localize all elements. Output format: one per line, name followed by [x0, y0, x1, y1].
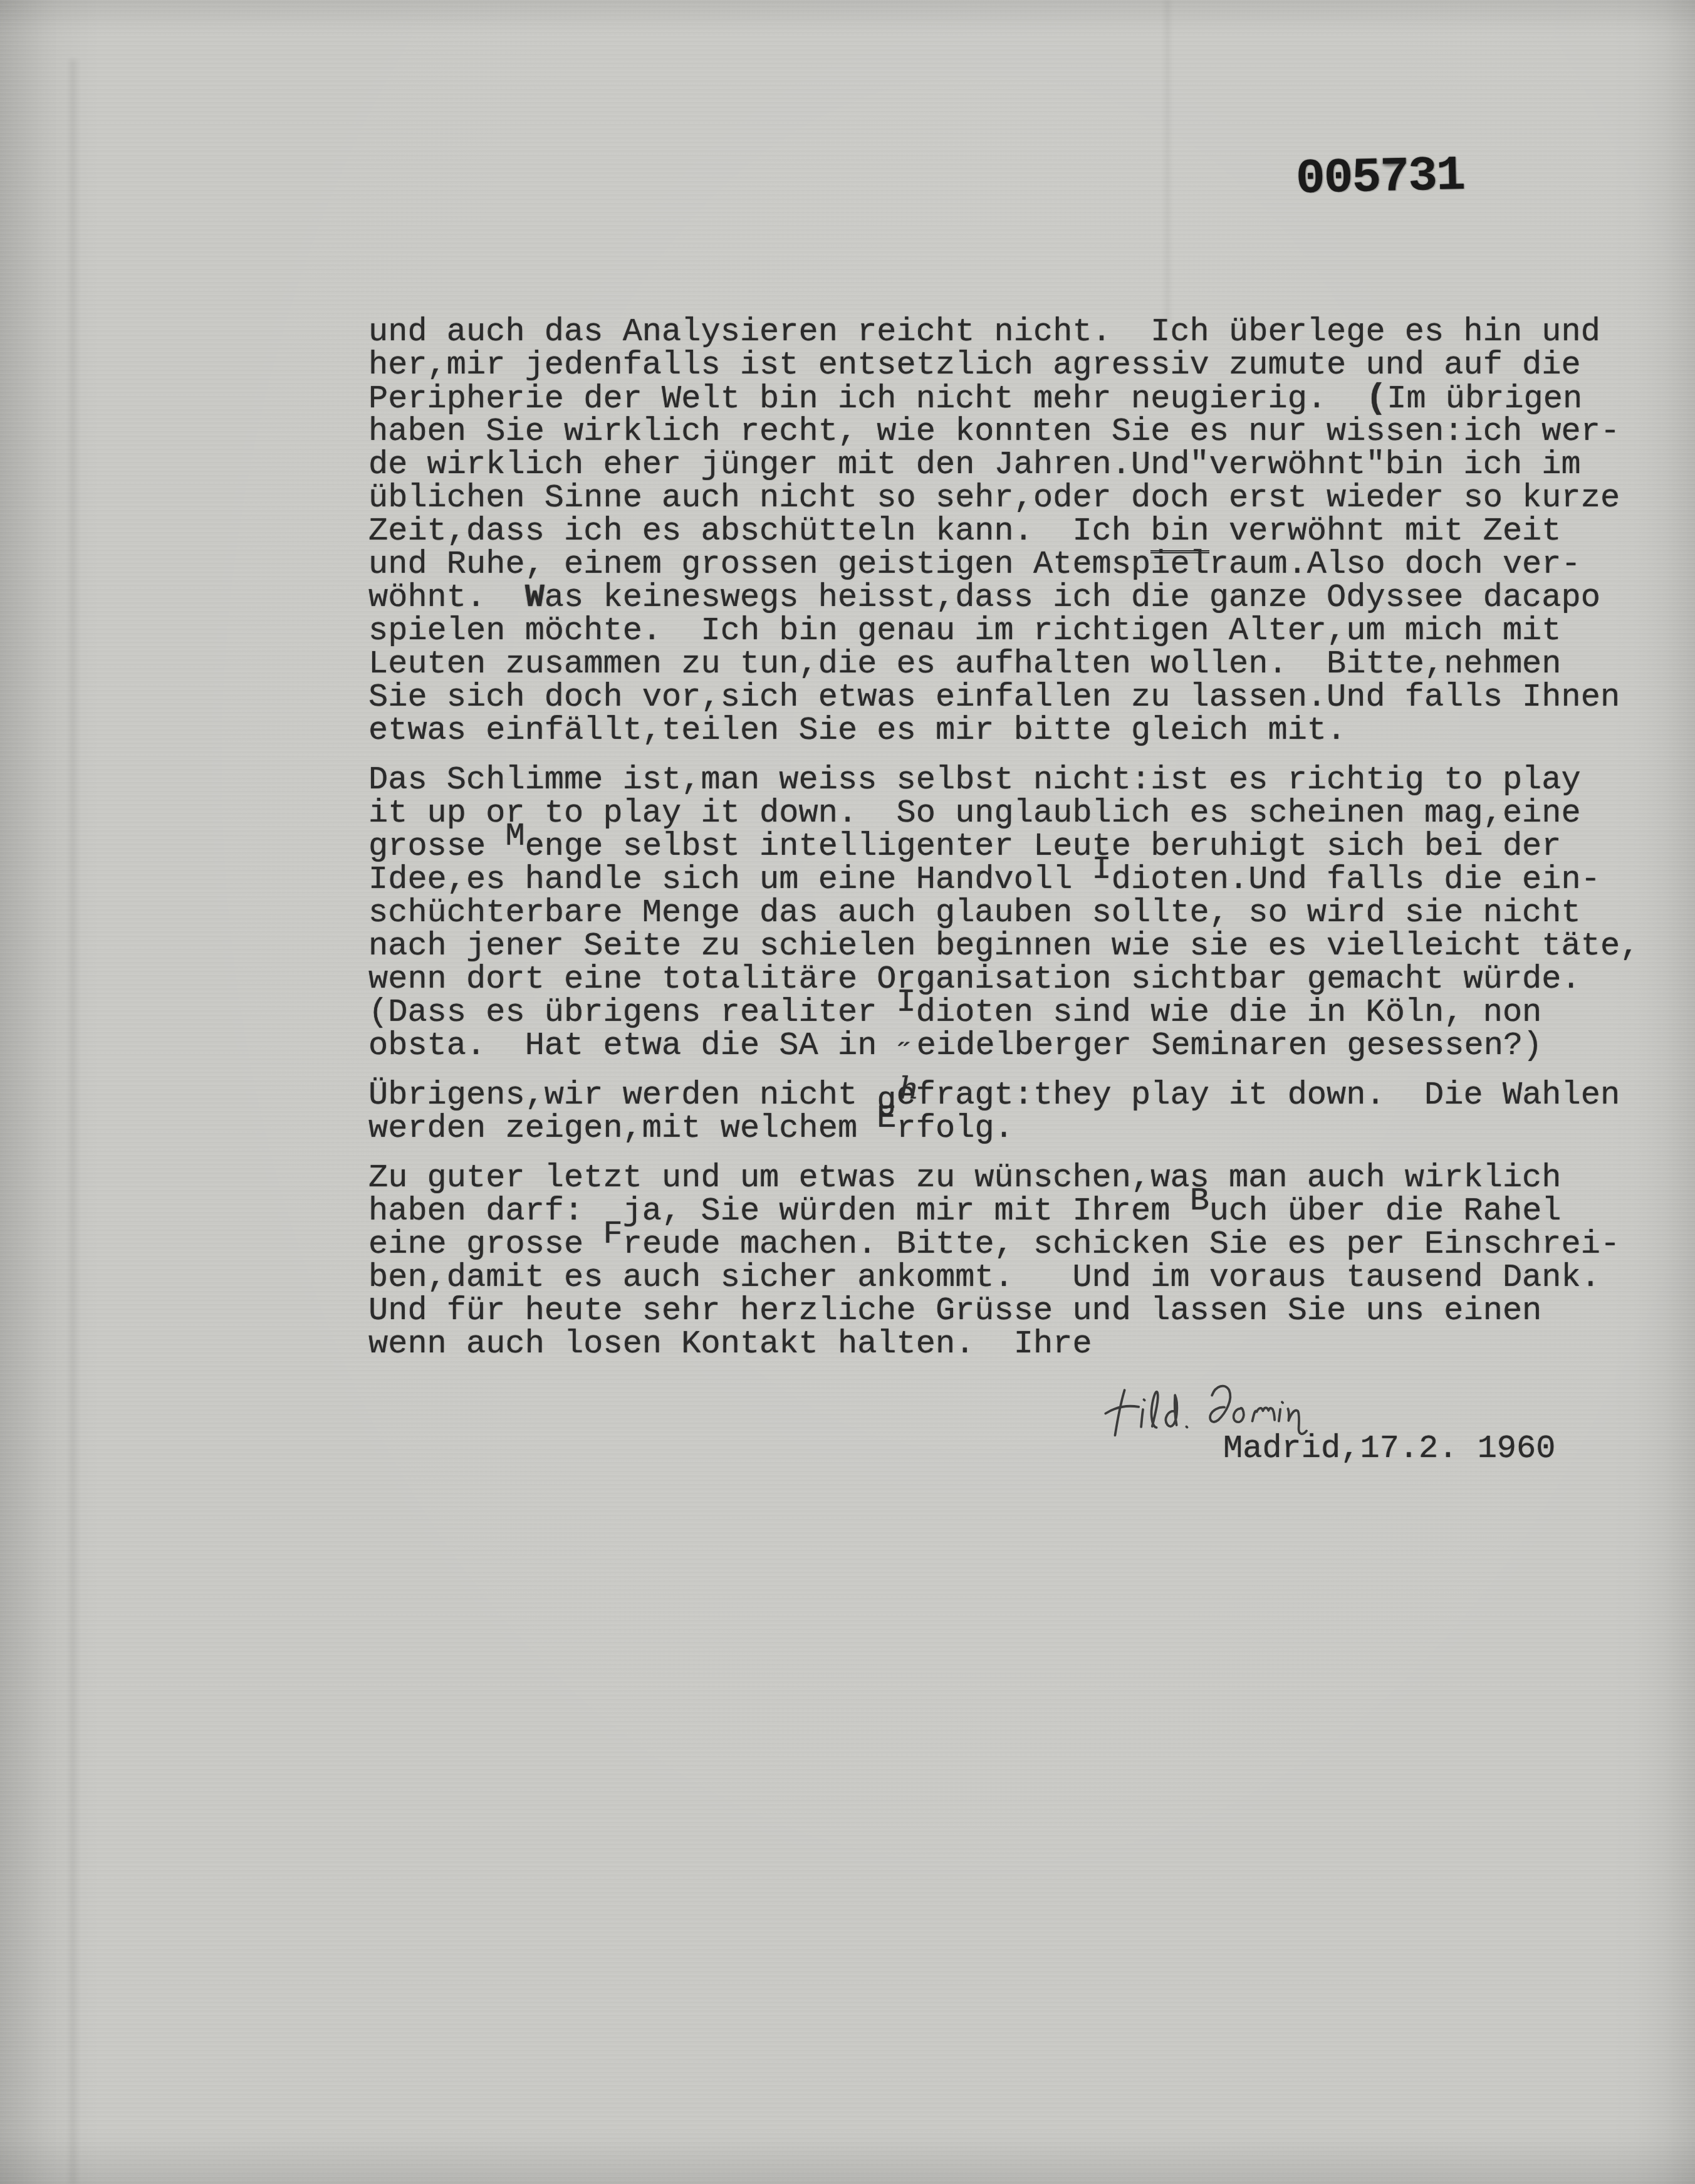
text-line: werden zeigen,mit welchem Erfolg. [368, 1112, 1672, 1145]
text-line: (Dass es übrigens realiter Idioten sind … [368, 996, 1672, 1029]
text-segment: Sie sich doch vor,sich etwas einfallen z… [368, 679, 1620, 716]
text-line: und Ruhe, einem grossen geistigen Atemsp… [368, 548, 1672, 581]
text-segment: eine grosse [368, 1226, 603, 1263]
text-segment: Zeit,dass ich es abschütteln kann. Ich [368, 513, 1150, 550]
text-segment: I [897, 984, 916, 1021]
text-segment: nach jener Seite zu schielen beginnen wi… [368, 927, 1639, 964]
text-segment: de wirklich eher jünger mit den Jahren.U… [368, 446, 1581, 483]
text-segment: wöhnt. [368, 579, 525, 616]
letter-body: und auch das Analysieren reicht nicht. I… [368, 315, 1672, 1361]
text-segment: it up or to play it down. So unglaublich… [368, 795, 1581, 832]
text-segment: Idee,es handle sich um eine Handvoll [368, 861, 1092, 898]
text-segment: B [1190, 1183, 1209, 1220]
text-segment: haben Sie wirklich recht, wie konnten Si… [368, 413, 1620, 450]
text-line: wenn dort eine totalitäre Organisation s… [368, 963, 1672, 996]
text-segment: her,mir jedenfalls ist entsetzlich agres… [368, 347, 1581, 384]
text-line: grosse Menge selbst intelligenter Leute … [368, 830, 1672, 863]
text-line: de wirklich eher jünger mit den Jahren.U… [368, 448, 1672, 481]
text-line: üblichen Sinne auch nicht so sehr,oder d… [368, 481, 1672, 515]
text-segment: üblichen Sinne auch nicht so sehr,oder d… [368, 479, 1620, 516]
text-line: Übrigens,wir werden nicht gefragt:they p… [368, 1079, 1672, 1112]
text-segment: dioten.Und falls die ein- [1112, 861, 1600, 898]
text-line: schüchterbare Menge das auch glauben sol… [368, 896, 1672, 929]
paper-crease [1163, 0, 1172, 326]
text-segment: enge selbst intelligenter Leute beruhigt… [525, 828, 1562, 865]
text-segment: M [505, 818, 524, 855]
text-line: Sie sich doch vor,sich etwas einfallen z… [368, 681, 1672, 714]
text-segment: uch über die Rahel [1209, 1193, 1562, 1230]
text-segment: Leuten zusammen zu tun,die es aufhalten … [368, 645, 1562, 682]
text-segment: I [1092, 851, 1112, 888]
text-line: ben,damit es auch sicher ankommt. Und im… [368, 1261, 1672, 1294]
text-segment: as keineswegs heisst,dass ich die ganze … [545, 579, 1600, 616]
text-line: Peripherie der Welt bin ich nicht mehr n… [368, 382, 1672, 415]
text-segment: dioten sind wie die in Köln, non [916, 994, 1542, 1031]
text-segment: Das Schlimme ist,man weiss selbst nicht:… [368, 761, 1581, 798]
text-segment: Peripherie der Welt bin ich nicht mehr n… [368, 380, 1365, 417]
paragraph: und auch das Analysieren reicht nicht. I… [368, 315, 1672, 747]
stamp-number: 005731 [1295, 149, 1465, 207]
text-line: Zeit,dass ich es abschütteln kann. Ich b… [368, 515, 1672, 548]
text-line: spielen möchte. Ich bin genau im richtig… [368, 614, 1672, 647]
text-line: Und für heute sehr herzliche Grüsse und … [368, 1294, 1672, 1327]
text-segment: ( [1365, 378, 1387, 418]
text-segment: spielen möchte. Ich bin genau im richtig… [368, 612, 1562, 649]
text-segment: schüchterbare Menge das auch glauben sol… [368, 894, 1581, 931]
text-segment: E [877, 1100, 896, 1137]
text-line: nach jener Seite zu schielen beginnen wi… [368, 929, 1672, 963]
date-line: Madrid,17.2. 1960 [1223, 1432, 1556, 1465]
text-segment: wenn auch losen Kontakt halten. Ihre [368, 1325, 1092, 1362]
text-segment: ben,damit es auch sicher ankommt. Und im… [368, 1259, 1600, 1296]
paragraph: Zu guter letzt und um etwas zu wünschen,… [368, 1161, 1672, 1361]
text-segment: haben darf: ja, Sie würden mir mit Ihrem [368, 1193, 1190, 1230]
text-segment: F [603, 1216, 622, 1253]
text-segment: W [525, 579, 545, 616]
text-segment: Und für heute sehr herzliche Grüsse und … [368, 1292, 1541, 1329]
text-segment: verwöhnt mit Zeit [1209, 513, 1562, 550]
text-line: Leuten zusammen zu tun,die es aufhalten … [368, 647, 1672, 681]
text-segment: (Dass es übrigens realiter [368, 994, 897, 1031]
text-segment: reude machen. Bitte, schicken Sie es per… [623, 1226, 1620, 1263]
text-line: Zu guter letzt und um etwas zu wünschen,… [368, 1161, 1672, 1194]
text-segment: Im übrigen [1387, 380, 1582, 417]
text-segment: wenn dort eine totalitäre Organisation s… [368, 961, 1581, 998]
text-line: it up or to play it down. So unglaublich… [368, 797, 1672, 830]
text-line: etwas einfällt,teilen Sie es mir bitte g… [368, 714, 1672, 747]
text-segment: und auch das Analysieren reicht nicht. I… [368, 313, 1600, 350]
letter-page: 005731 und auch das Analysieren reicht n… [0, 0, 1695, 2184]
text-line: haben Sie wirklich recht, wie konnten Si… [368, 415, 1672, 448]
text-segment: werden zeigen,mit welchem [368, 1110, 877, 1147]
text-segment: etwas einfällt,teilen Sie es mir bitte g… [368, 712, 1346, 749]
text-line: her,mir jedenfalls ist entsetzlich agres… [368, 348, 1672, 382]
paragraph: Übrigens,wir werden nicht gefragt:they p… [368, 1079, 1672, 1145]
paragraph: Das Schlimme ist,man weiss selbst nicht:… [368, 763, 1672, 1062]
text-line: wenn auch losen Kontakt halten. Ihre [368, 1327, 1672, 1361]
text-segment: grosse [368, 828, 505, 865]
text-line: wöhnt. Was keineswegs heisst,dass ich di… [368, 581, 1672, 614]
text-line: und auch das Analysieren reicht nicht. I… [368, 315, 1672, 348]
text-segment: obsta. Hat etwa die SA in [368, 1027, 897, 1064]
text-line: haben darf: ja, Sie würden mir mit Ihrem… [368, 1194, 1672, 1228]
text-segment: eidelberger Seminaren gesessen?) [917, 1027, 1543, 1064]
paper-crease [68, 60, 79, 2184]
text-segment: Übrigens,wir werden nicht [368, 1077, 877, 1114]
text-segment: efragt:they play it down. Die Wahlen [897, 1077, 1620, 1114]
text-line: Das Schlimme ist,man weiss selbst nicht:… [368, 763, 1672, 797]
text-line: Idee,es handle sich um eine Handvoll Idi… [368, 863, 1672, 896]
text-segment: rfolg. [897, 1110, 1014, 1147]
text-segment: Zu guter letzt und um etwas zu wünschen,… [368, 1159, 1562, 1196]
text-segment: und Ruhe, einem grossen geistigen Atemsp… [368, 546, 1581, 583]
text-line: obsta. Hat etwa die SA in ˝heidelberger … [368, 1029, 1672, 1062]
text-line: eine grosse Freude machen. Bitte, schick… [368, 1228, 1672, 1261]
